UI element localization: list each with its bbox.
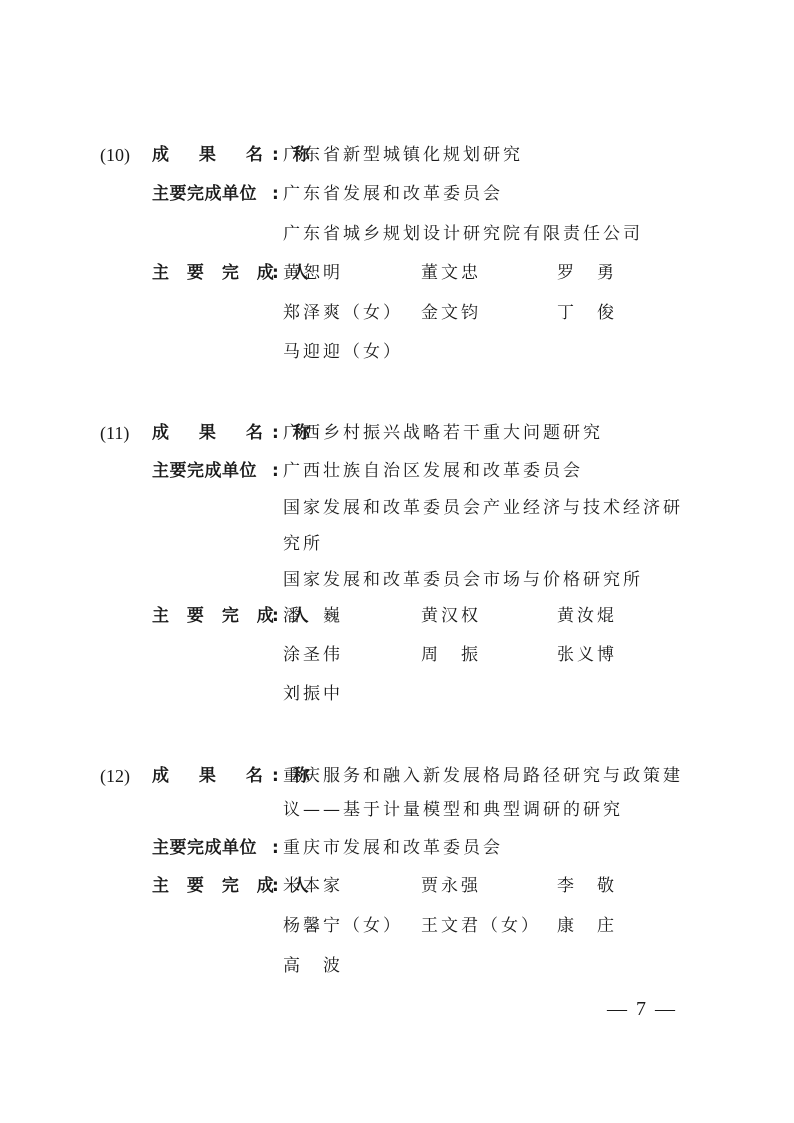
unit-value: 重庆市发展和改革委员会 [283,836,503,860]
unit-label: 主要完成单位 [152,182,257,206]
person-name: 米本家 [283,874,343,898]
achievement-name-value: 广东省新型城镇化规划研究 [283,143,523,167]
person-name: 贾永强 [421,874,481,898]
achievement-name-row-continued: 议——基于计量模型和典型调研的研究 [0,798,794,822]
person-row: 杨馨宁（女） 王文君（女） 康 庄 [0,914,794,938]
unit-row: 国家发展和改革委员会市场与价格研究所 [0,568,794,592]
person-row: 刘振中 [0,682,794,706]
person-row: 郑泽爽（女） 金文钧 丁 俊 [0,301,794,325]
achievement-name-row: (12) 成 果 名 称 : 重庆服务和融入新发展格局路径研究与政策建 [0,764,794,788]
unit-value: 国家发展和改革委员会市场与价格研究所 [283,568,643,592]
person-row: 主 要 完 成 人 : 潘 巍 黄汉权 黄汝焜 [0,604,794,628]
person-name: 黄汉权 [421,604,481,628]
unit-row: 广东省城乡规划设计研究院有限责任公司 [0,222,794,246]
section-number: (10) [100,143,130,167]
person-name: 董文忠 [421,261,481,285]
person-name: 张义博 [557,643,617,667]
person-name: 郑泽爽（女） [283,301,403,325]
unit-row: 主要完成单位 : 重庆市发展和改革委员会 [0,836,794,860]
page-number: — 7 — [607,998,677,1021]
achievement-name-value: 重庆服务和融入新发展格局路径研究与政策建 [283,764,683,788]
person-row: 主 要 完 成 人 : 米本家 贾永强 李 敬 [0,874,794,898]
person-name: 周 振 [421,643,481,667]
person-name: 王文君（女） [421,914,541,938]
colon: : [272,421,279,445]
person-row: 涂圣伟 周 振 张义博 [0,643,794,667]
achievement-name-row: (10) 成 果 名 称 : 广东省新型城镇化规划研究 [0,143,794,167]
colon: : [272,874,279,898]
unit-value: 广东省城乡规划设计研究院有限责任公司 [283,222,643,246]
colon: : [272,764,279,788]
person-name: 潘 巍 [283,604,343,628]
person-name: 涂圣伟 [283,643,343,667]
person-name: 罗 勇 [557,261,617,285]
unit-value: 广东省发展和改革委员会 [283,182,503,206]
colon: : [272,459,279,483]
colon: : [272,836,279,860]
achievement-name-value: 广西乡村振兴战略若干重大问题研究 [283,421,603,445]
person-row: 主 要 完 成 人 : 黄恕明 董文忠 罗 勇 [0,261,794,285]
person-row: 高 波 [0,954,794,978]
person-name: 刘振中 [283,682,343,706]
section-number: (12) [100,764,130,788]
unit-row: 主要完成单位 : 广东省发展和改革委员会 [0,182,794,206]
unit-value: 究所 [283,532,323,556]
person-name: 杨馨宁（女） [283,914,403,938]
person-name: 高 波 [283,954,343,978]
person-name: 黄恕明 [283,261,343,285]
person-name: 丁 俊 [557,301,617,325]
achievement-name-row: (11) 成 果 名 称 : 广西乡村振兴战略若干重大问题研究 [0,421,794,445]
colon: : [272,182,279,206]
person-name: 马迎迎（女） [283,340,403,364]
person-name: 李 敬 [557,874,617,898]
unit-row: 国家发展和改革委员会产业经济与技术经济研 [0,496,794,520]
achievement-name-value: 议——基于计量模型和典型调研的研究 [283,798,623,822]
unit-value: 广西壮族自治区发展和改革委员会 [283,459,583,483]
person-name: 黄汝焜 [557,604,617,628]
person-row: 马迎迎（女） [0,340,794,364]
colon: : [272,261,279,285]
unit-value: 国家发展和改革委员会产业经济与技术经济研 [283,496,683,520]
unit-label: 主要完成单位 [152,836,257,860]
section-number: (11) [100,421,129,445]
colon: : [272,143,279,167]
unit-row: 主要完成单位 : 广西壮族自治区发展和改革委员会 [0,459,794,483]
unit-row-continued: 究所 [0,532,794,556]
unit-label: 主要完成单位 [152,459,257,483]
person-name: 金文钧 [421,301,481,325]
person-name: 康 庄 [557,914,617,938]
colon: : [272,604,279,628]
